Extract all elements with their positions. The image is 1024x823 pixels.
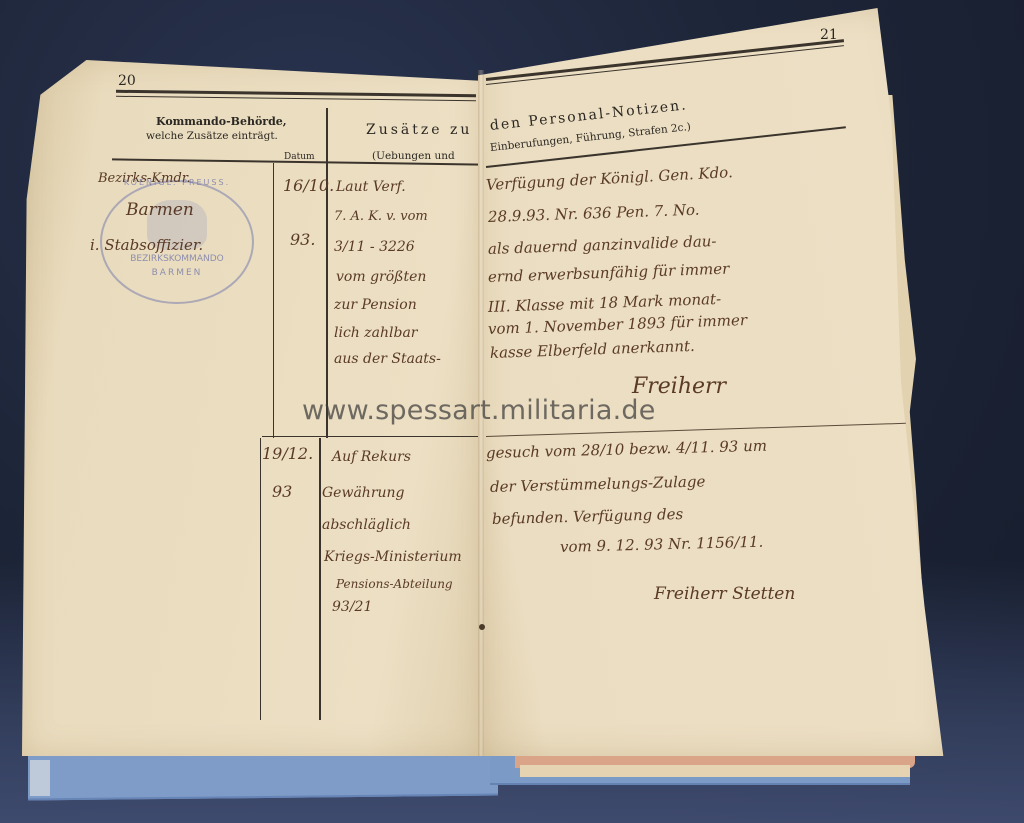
entry-2-date-line-1: 19/12.	[262, 446, 313, 462]
stamp-line-1: BEZIRKSKOMMANDO	[110, 254, 244, 264]
stamp-line-2: BARMEN	[110, 268, 244, 278]
authority-line-2: Barmen	[126, 202, 194, 219]
entry-separator-left	[262, 436, 482, 437]
column-divider-right	[326, 108, 328, 438]
entry-2-text-line: Gewährung	[322, 486, 405, 500]
cover-wear-mark	[30, 760, 50, 796]
column-header-authority-sub: welche Zusätze einträgt.	[146, 130, 278, 142]
entry-2-text-line: Kriegs-Ministerium	[324, 550, 462, 564]
column-divider-date	[273, 163, 274, 438]
entry-2-text-line: Pensions-Abteilung	[336, 578, 453, 590]
entry-1-date-line-2: 93.	[290, 232, 315, 248]
book-cover-left	[28, 750, 498, 801]
watermark: www.spessart.militaria.de	[302, 395, 656, 426]
authority-line-3: i. Stabsoffizier.	[90, 238, 203, 253]
entry-1-text-line: lich zahlbar	[334, 326, 417, 340]
entry-2-text-line: abschläglich	[322, 518, 411, 532]
entry-2-date-line-2: 93	[272, 484, 292, 500]
entry-2-text-line: Auf Rekurs	[332, 450, 411, 464]
entry-1-text-line: 3/11 - 3226	[334, 240, 415, 254]
binding-staple-hole	[479, 624, 485, 630]
column-divider-right-lower	[319, 438, 321, 720]
entry-1-text-line: 7. A. K. v. vom	[334, 210, 428, 223]
authority-line-1: Bezirks-Kmdr.	[98, 172, 191, 185]
entry-1-text-line: Laut Verf.	[336, 180, 406, 194]
signature-2: Freiherr Stetten	[654, 586, 795, 603]
entry-1-text-line: aus der Staats-	[334, 352, 441, 366]
entry-1-text-line: vom größten	[336, 270, 426, 284]
column-header-authority: Kommando-Behörde,	[156, 115, 287, 128]
entry-2-text-line: 93/21	[332, 600, 372, 614]
column-header-additions-sub: (Uebungen und	[372, 150, 455, 162]
left-page-number: 20	[118, 73, 136, 89]
entry-1-date-line-1: 16/10.	[283, 178, 334, 194]
entry-1-text-line: zur Pension	[334, 298, 417, 312]
column-divider-date-lower	[260, 438, 261, 720]
column-header-additions: Zusätze zu	[366, 122, 472, 138]
page-stack-cream	[520, 765, 910, 777]
